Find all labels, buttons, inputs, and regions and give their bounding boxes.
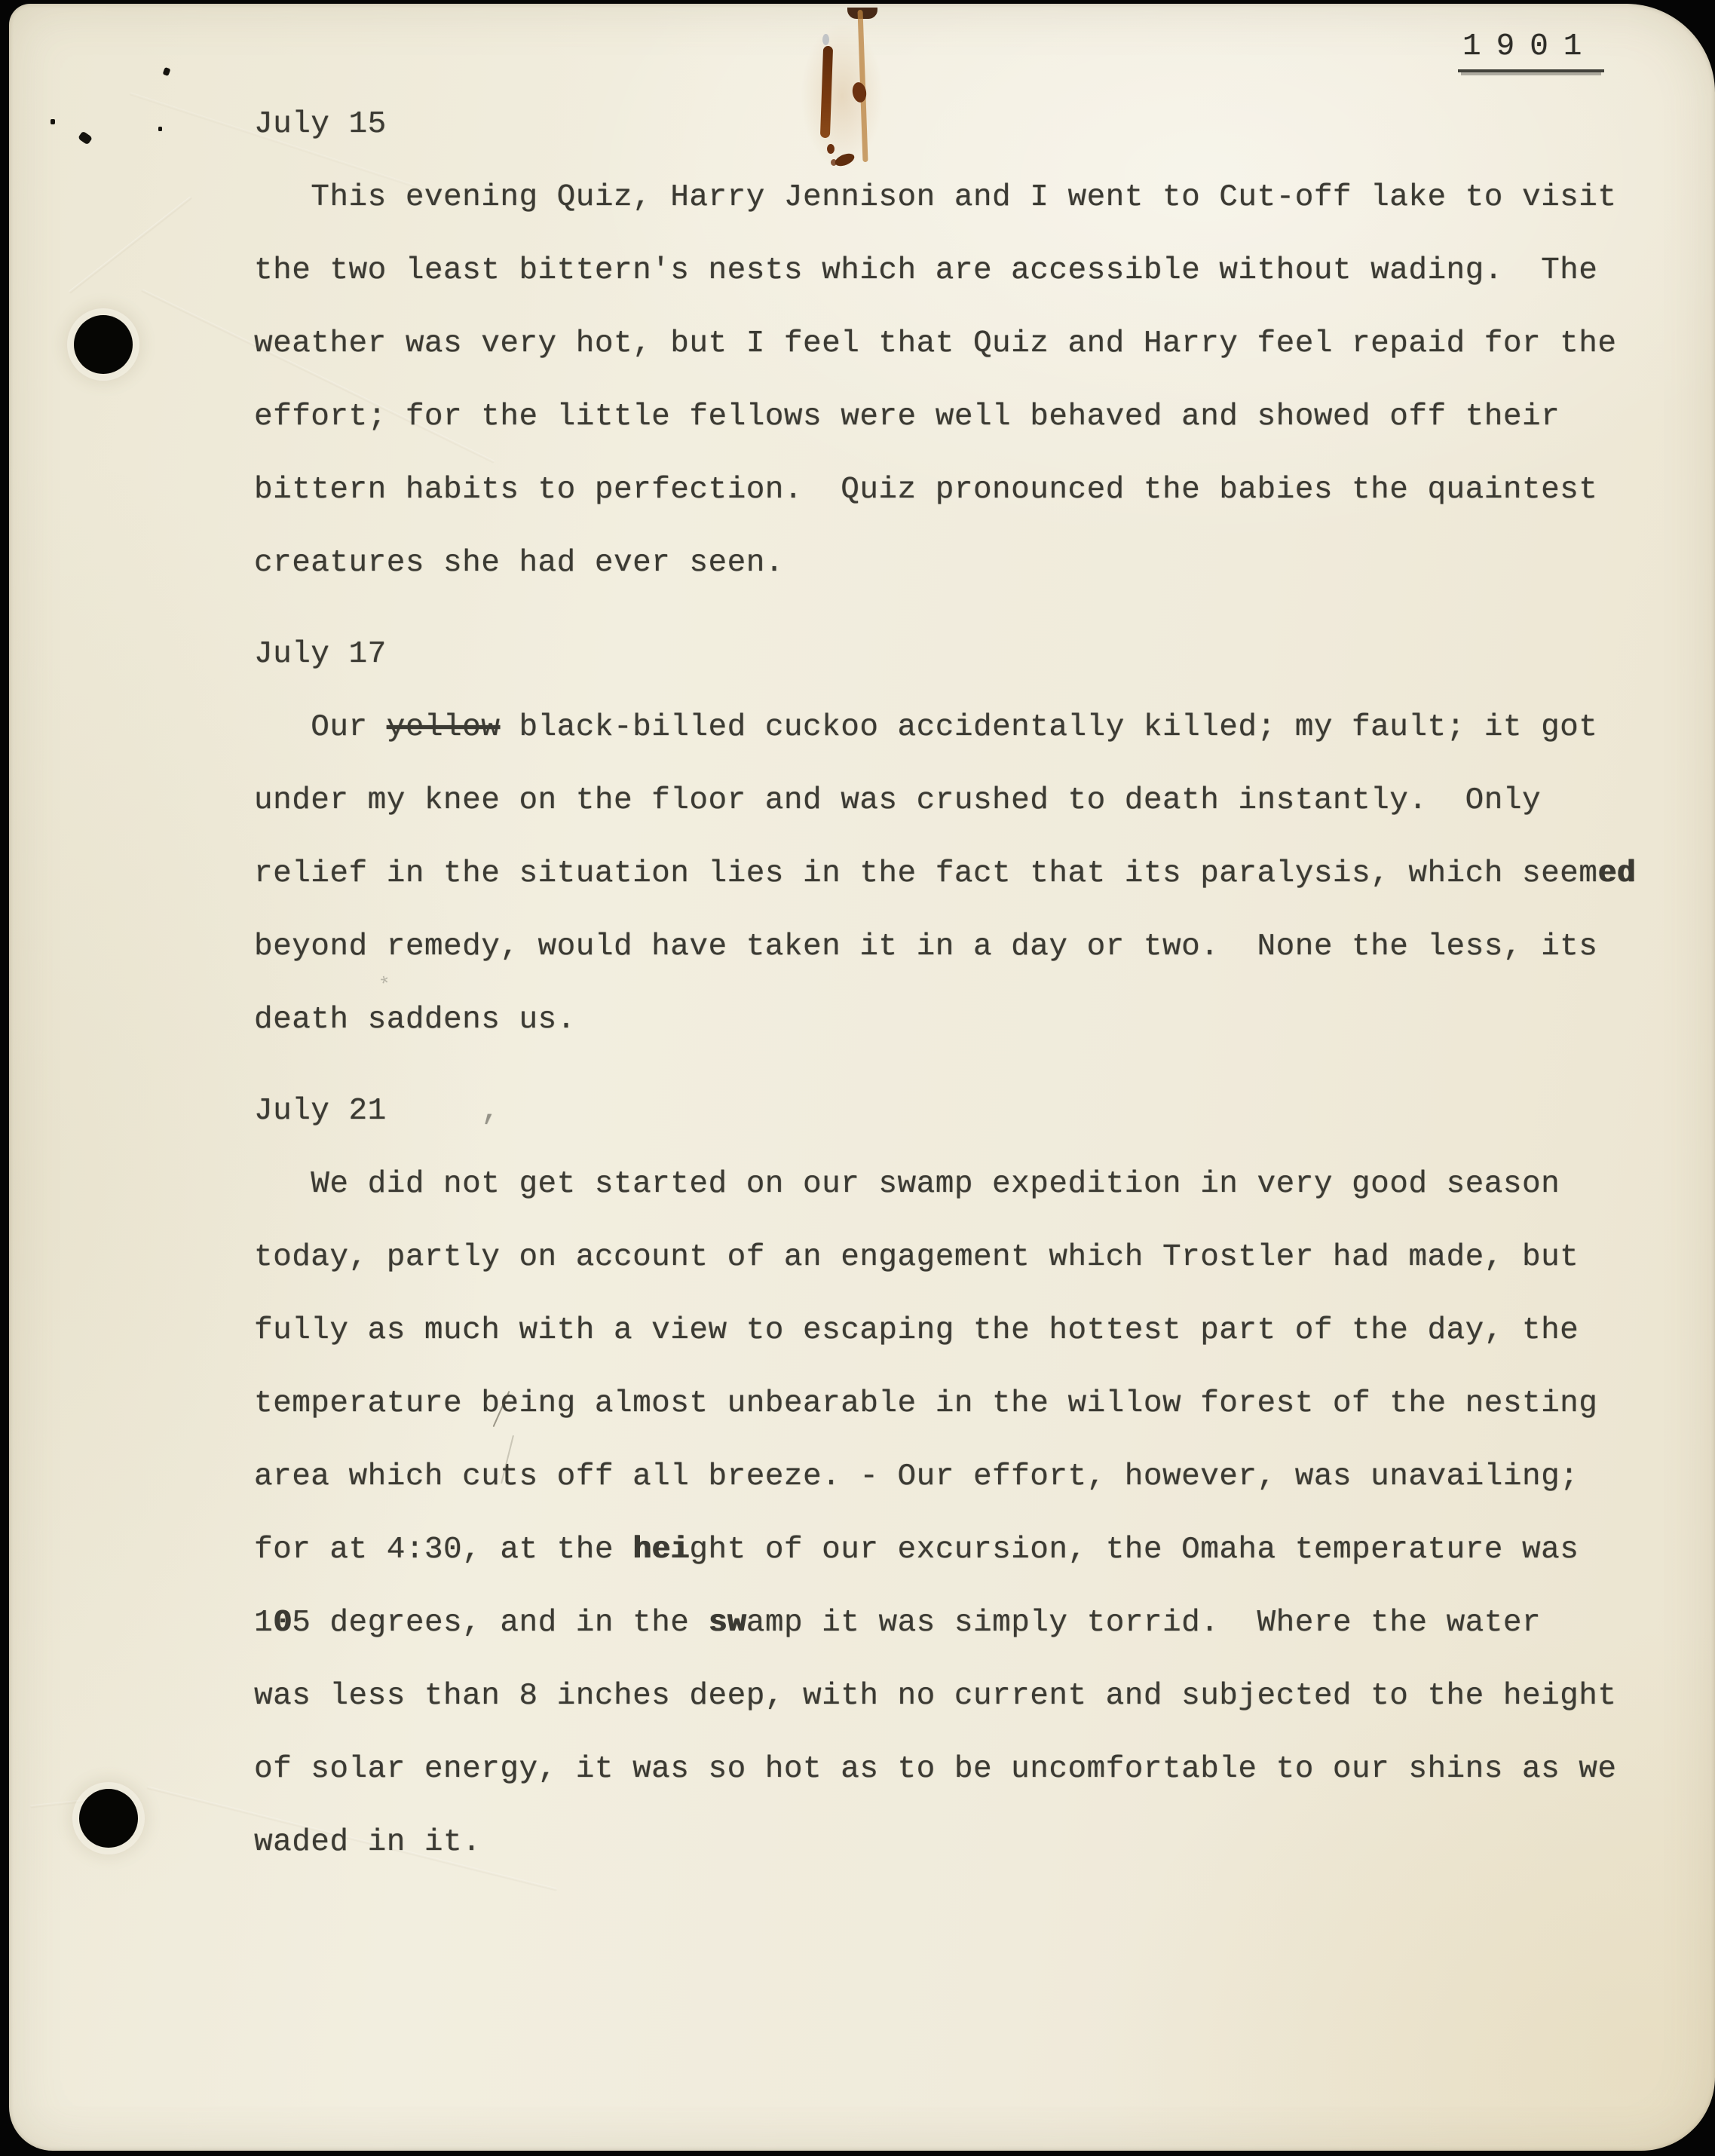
text-segment: creatures she had ever seen. [254, 546, 784, 580]
typewritten-line: waded in it. [254, 1806, 1675, 1879]
pin-hole [158, 127, 162, 131]
journal-text: July 15 This evening Quiz, Harry Jenniso… [254, 88, 1675, 1879]
typewritten-line: We did not get started on our swamp expe… [254, 1148, 1675, 1221]
typewritten-line: creatures she had ever seen. [254, 527, 1675, 600]
typewritten-line: effort; for the little fellows were well… [254, 381, 1675, 454]
text-segment: We did not get started on our swamp expe… [254, 1167, 1560, 1202]
entry-date-heading: July 21 , [254, 1075, 1675, 1148]
hole-punch [79, 1789, 138, 1848]
text-segment: 0 [273, 1606, 292, 1640]
typewritten-line: fully as much with a view to escaping th… [254, 1294, 1675, 1367]
text-segment: amp it was simply torrid. Where the wate… [746, 1606, 1541, 1640]
text-segment: beyond remedy, would have taken it in a … [254, 929, 1597, 964]
text-segment: ed [1597, 856, 1635, 891]
typewritten-line: of solar energy, it was so hot as to be … [254, 1733, 1675, 1806]
text-segment: was less than 8 inches deep, with no cur… [254, 1679, 1617, 1713]
typewritten-line: 105 degrees, and in the swamp it was sim… [254, 1587, 1675, 1660]
text-segment: hei [632, 1533, 689, 1567]
pin-hole [163, 67, 171, 76]
text-segment: , [481, 1094, 500, 1129]
text-segment: waded in it. [254, 1825, 481, 1860]
journal-entry: July 17 Our yellow black-billed cuckoo a… [254, 618, 1675, 1057]
journal-entry: July 21 , We did not get started on our … [254, 1075, 1675, 1879]
text-segment: the two least bittern's nests which are … [254, 253, 1597, 288]
text-segment: bittern habits to perfection. Quiz prono… [254, 473, 1597, 507]
typewritten-line: death saddens us. [254, 984, 1675, 1057]
typewritten-line: relief in the situation lies in the fact… [254, 838, 1675, 911]
text-segment [387, 1094, 482, 1129]
text-segment: area which cuts off all breeze. - Our ef… [254, 1459, 1579, 1494]
ink-fleck [822, 34, 829, 45]
text-segment: This evening Quiz, Harry Jennison and I … [254, 180, 1617, 215]
typewritten-line: was less than 8 inches deep, with no cur… [254, 1660, 1675, 1733]
typewritten-line: This evening Quiz, Harry Jennison and I … [254, 161, 1675, 234]
journal-entry: July 15 This evening Quiz, Harry Jenniso… [254, 88, 1675, 600]
entry-date-heading: July 17 [254, 618, 1675, 691]
text-segment: of solar energy, it was so hot as to be … [254, 1752, 1617, 1787]
text-segment: July 21 [254, 1094, 387, 1129]
typewritten-line: for at 4:30, at the height of our excurs… [254, 1514, 1675, 1587]
hole-punch [74, 315, 133, 374]
text-segment: today, partly on account of an engagemen… [254, 1240, 1579, 1275]
paper-crease [69, 196, 191, 293]
text-segment: 5 degrees, and in the [292, 1606, 708, 1640]
text-segment: for at 4:30, at the [254, 1533, 632, 1567]
text-segment: weather was very hot, but I feel that Qu… [254, 326, 1617, 361]
typewritten-line: bittern habits to perfection. Quiz prono… [254, 454, 1675, 527]
typewritten-line: Our yellow black-billed cuckoo accidenta… [254, 691, 1675, 764]
typewritten-line: the two least bittern's nests which are … [254, 234, 1675, 308]
text-segment: Our [254, 710, 387, 745]
text-segment: temperature being almost unbearable in t… [254, 1386, 1597, 1421]
text-segment: relief in the situation lies in the fact… [254, 856, 1597, 891]
typewritten-line: under my knee on the floor and was crush… [254, 764, 1675, 838]
text-segment: 1 [254, 1606, 273, 1640]
text-segment: under my knee on the floor and was crush… [254, 783, 1541, 818]
text-segment: ght of our excursion, the Omaha temperat… [689, 1533, 1579, 1567]
text-segment: death saddens us. [254, 1003, 576, 1037]
typewritten-line: beyond remedy, would have taken it in a … [254, 911, 1675, 984]
typewritten-line: weather was very hot, but I feel that Qu… [254, 308, 1675, 381]
text-segment: effort; for the little fellows were well… [254, 400, 1560, 434]
typewritten-line: temperature being almost unbearable in t… [254, 1367, 1675, 1441]
text-segment: sw [709, 1606, 746, 1640]
pin-hole [51, 119, 55, 124]
text-segment: yellow [387, 710, 501, 745]
year-label: 1901 [1458, 29, 1604, 72]
text-segment: July 15 [254, 107, 387, 142]
text-segment: July 17 [254, 637, 387, 672]
typewritten-line: today, partly on account of an engagemen… [254, 1221, 1675, 1294]
typewritten-line: area which cuts off all breeze. - Our ef… [254, 1441, 1675, 1514]
text-segment: black-billed cuckoo accidentally killed;… [500, 710, 1597, 745]
text-segment: fully as much with a view to escaping th… [254, 1313, 1579, 1348]
scanned-journal-page: 1901 July 15 This evening Quiz, Harry Je… [9, 4, 1715, 2151]
entry-date-heading: July 15 [254, 88, 1675, 161]
pin-hole [78, 130, 93, 145]
